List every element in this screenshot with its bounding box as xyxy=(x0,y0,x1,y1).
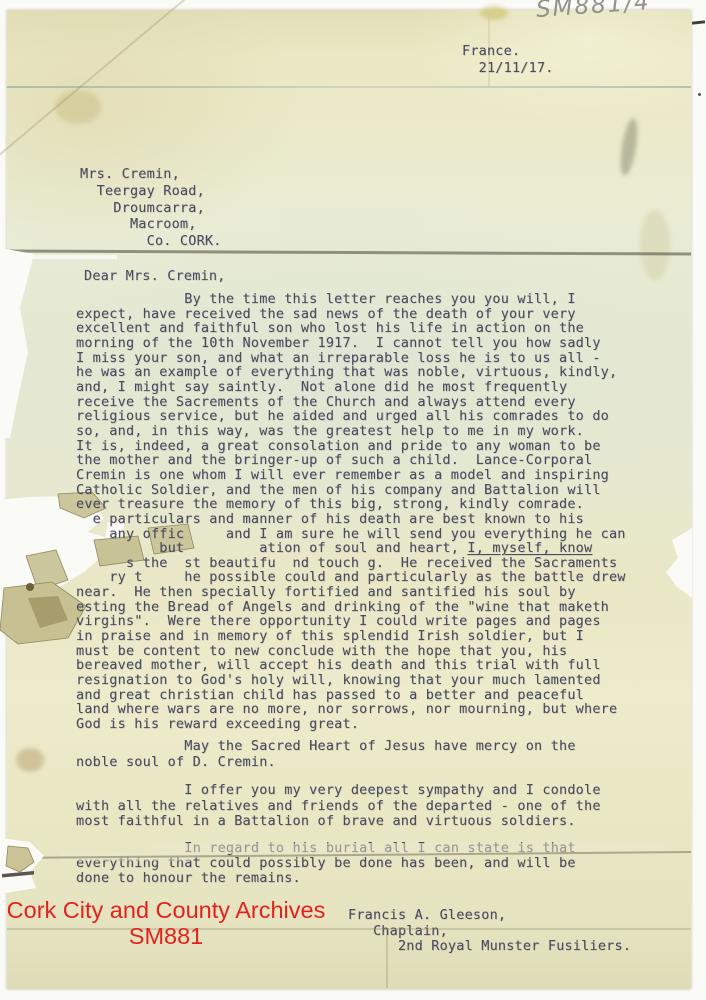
typed-line: virgins". Were there opportunity I could… xyxy=(76,614,626,629)
torn-left-edge xyxy=(0,248,40,438)
fold-crease-top xyxy=(7,86,691,88)
typed-line: he was an example of everything that was… xyxy=(76,365,626,380)
typed-line: It is, indeed, a great consolation and p… xyxy=(76,439,626,454)
typed-line: I miss your son, and what an irreparable… xyxy=(76,351,626,366)
stain-top-left xyxy=(55,90,101,124)
typed-line-segment: but ation of soul and heart, xyxy=(76,540,467,556)
typed-line: May the Sacred Heart of Jesus have mercy… xyxy=(76,739,576,755)
typed-line: the mother and the bringer-up of such a … xyxy=(76,453,626,468)
letter-body-paragraph-2: May the Sacred Heart of Jesus have mercy… xyxy=(76,739,576,770)
typed-line: 2nd Royal Munster Fusiliers. xyxy=(348,939,631,955)
typed-line: By the time this letter reaches you you … xyxy=(76,292,626,307)
typed-line: most faithful in a Battalion of brave an… xyxy=(76,814,601,830)
typed-line: Chaplain, xyxy=(348,924,631,940)
typed-line: 21/11/17. xyxy=(462,60,554,77)
typed-line: France. xyxy=(462,43,554,60)
typed-line: bereaved mother, will accept his death a… xyxy=(76,658,626,673)
typed-line: excellent and faithful son who lost his … xyxy=(76,321,626,336)
letter-place-date: France. 21/11/17. xyxy=(462,43,554,77)
archive-stamp-name: Cork City and County Archives xyxy=(0,897,332,923)
typed-line: Catholic Soldier, and the men of his com… xyxy=(76,483,626,498)
typed-line: and, I might say saintly. Not alone did … xyxy=(76,380,626,395)
letter-body-paragraph-3: I offer you my very deepest sympathy and… xyxy=(76,783,601,830)
typed-line: God is his reward exceeding great. xyxy=(76,717,626,732)
torn-right-edge xyxy=(662,528,692,598)
underlined-phrase: I, myself, know xyxy=(467,540,592,556)
ink-dash-mark xyxy=(692,20,705,24)
yellow-stain xyxy=(480,6,508,20)
typed-line: so, and, in this way, was the greatest h… xyxy=(76,424,626,439)
typed-line: receive the Sacrements of the Church and… xyxy=(76,395,626,410)
signature-block: Francis A. Gleeson, Chaplain, 2nd Royal … xyxy=(348,908,631,955)
typed-line: in praise and in memory of this splendid… xyxy=(76,629,626,644)
typed-line: Cremin is one whom I will ever remember … xyxy=(76,468,626,483)
typed-line: but ation of soul and heart, I, myself, … xyxy=(76,541,626,556)
typed-line: Francis A. Gleeson, xyxy=(348,908,631,924)
stain-right-edge xyxy=(640,210,670,280)
typed-line: Teergay Road, xyxy=(80,183,222,200)
typed-line: s the st beautifu nd touch g. He receive… xyxy=(76,556,626,571)
typed-line: ry t he possible could and particularly … xyxy=(76,570,626,585)
typed-line: I offer you my very deepest sympathy and… xyxy=(76,783,601,799)
typed-line: land where wars are no more, nor sorrows… xyxy=(76,702,626,717)
typed-line: Mrs. Cremin, xyxy=(80,166,222,183)
typed-line: morning of the 10th November 1917. I can… xyxy=(76,336,626,351)
typed-line: Macroom, xyxy=(80,216,222,233)
torn-bottom-left-edge xyxy=(0,838,70,898)
typed-line: Droumcarra, xyxy=(80,200,222,217)
typed-line: with all the relatives and friends of th… xyxy=(76,799,601,815)
salutation: Dear Mrs. Cremin, xyxy=(84,268,226,284)
typed-line: religious service, but he aided and urge… xyxy=(76,409,626,424)
typed-line: esting the Bread of Angels and drinking … xyxy=(76,600,626,615)
typed-line: expect, have received the sad news of th… xyxy=(76,307,626,322)
ink-dot-mark xyxy=(698,93,701,96)
recipient-address: Mrs. Cremin, Teergay Road, Droumcarra, M… xyxy=(80,166,222,250)
scanned-letter-page: France. 21/11/17. Mrs. Cremin, Teergay R… xyxy=(0,0,706,1000)
typed-line: Dear Mrs. Cremin, xyxy=(84,268,226,284)
typed-line: ever treasure the memory of this big, st… xyxy=(76,497,626,512)
archive-stamp: Cork City and County Archives SM881 xyxy=(0,897,332,949)
typed-line: done to honour the remains. xyxy=(76,871,576,886)
typed-line: resignation to God's holy will, knowing … xyxy=(76,673,626,688)
typed-line: noble soul of D. Cremin. xyxy=(76,755,576,771)
typed-line: e particulars and manner of his death ar… xyxy=(76,512,626,527)
typed-line: near. He then specially fortified and sa… xyxy=(76,585,626,600)
brown-stain-lower-left xyxy=(16,748,44,772)
typed-line: Co. CORK. xyxy=(80,233,222,250)
typed-line: must be content to new conclude with the… xyxy=(76,644,626,659)
letter-body-paragraph-1: By the time this letter reaches you you … xyxy=(76,292,626,732)
typed-line: any offic and I am sure he will send you… xyxy=(76,527,626,542)
typed-line: and great christian child has passed to … xyxy=(76,688,626,703)
archive-stamp-reference: SM881 xyxy=(0,923,332,949)
